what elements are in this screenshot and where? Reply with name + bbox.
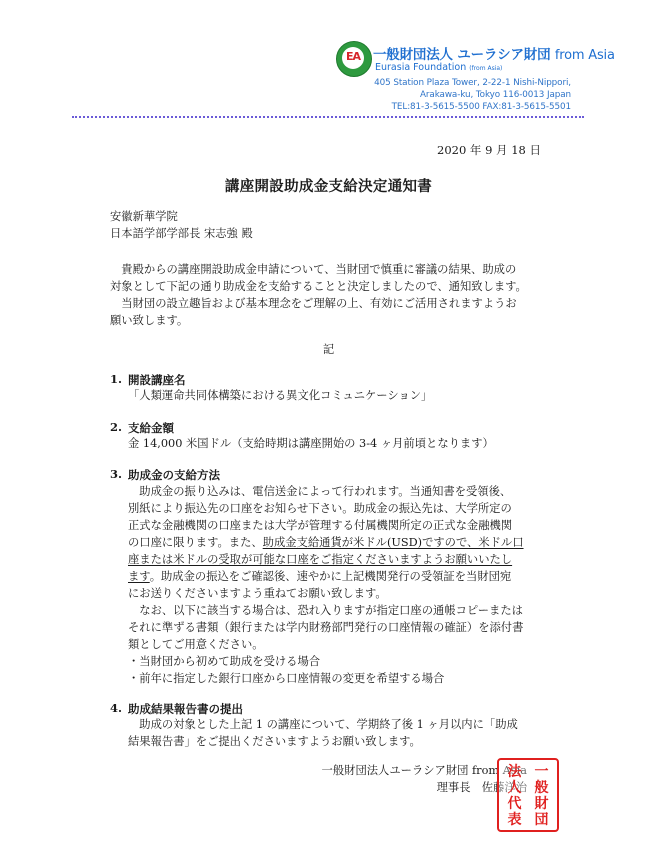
org-name-en-text: Eurasia Foundation: [375, 62, 466, 73]
intro-line: 対象として下記の通り助成金を支給することと決定しましたので、通知致します。: [110, 279, 527, 295]
payment-line: 別紙により振込先の口座をお知らせ下さい。助成金の振込先は、大学所定の: [128, 501, 512, 517]
report-line: 結果報告書」をご提出くださいますようお願い致します。: [128, 734, 421, 750]
intro-line: 当財団の設立趣旨および基本理念をご理解の上、有効にご活用されますようお: [110, 296, 517, 312]
foundation-logo-mark: EA: [342, 50, 364, 63]
payment-line: 正式な金融機関の口座または大学が管理する付属機関所定の正式な金融機関: [128, 518, 512, 534]
org-name-en: Eurasia Foundation (from Asia): [375, 62, 502, 73]
section-number: 3.: [110, 467, 122, 481]
payment-line: 類としてご用意ください。: [128, 637, 264, 653]
payment-text: の口座に限ります。また、: [128, 536, 263, 549]
course-name: 「人類運命共同体構築における異文化コミュニケーション」: [128, 388, 432, 404]
org-name-en-small: (from Asia): [469, 65, 502, 72]
org-name-jp: 一般財団法人 ユーラシア財団 from Asia: [373, 43, 615, 63]
header-divider: [72, 116, 584, 118]
section-heading: 助成金の支給方法: [128, 467, 220, 483]
address-line-2: Arakawa-ku, Tokyo 116-0013 Japan: [420, 90, 571, 100]
seal-chars-left: 法人代表: [508, 764, 522, 828]
section-number: 4.: [110, 701, 122, 715]
section-number: 2.: [110, 420, 122, 434]
intro-line: 貴殿からの講座開設助成金申請について、当財団で慎重に審議の結果、助成の: [110, 262, 516, 278]
payment-line: 助成金の振り込みは、電信送金によって行われます。当通知書を受領後、: [128, 484, 511, 500]
report-line: 助成の対象とした上記 1 の講座について、学期終了後 1 ヶ月以内に「助成: [128, 717, 518, 733]
grant-amount: 金 14,000 米国ドル（支給時期は講座開始の 3-4 ヶ月前頃となります）: [128, 436, 494, 452]
recipient-institution: 安徽新華学院: [110, 209, 178, 225]
ki-marker: 記: [0, 342, 657, 358]
org-name-suffix: from Asia: [555, 48, 615, 63]
payment-line: それに準ずる書類（銀行または学内財務部門発行の口座情報の確証）を添付書: [128, 620, 523, 636]
org-name-jp-text: 一般財団法人 ユーラシア財団: [373, 47, 550, 63]
seal-chars-right: 一般財団: [535, 764, 549, 828]
usd-notice-underlined: 助成金支給通貨が米ドル(USD)ですので、米ドル口: [263, 536, 524, 549]
section-number: 1.: [110, 372, 122, 386]
document-title: 講座開設助成金支給決定通知書: [0, 175, 657, 196]
payment-line: の口座に限ります。また、助成金支給通貨が米ドル(USD)ですので、米ドル口: [128, 535, 524, 551]
section-heading: 開設講座名: [128, 372, 186, 388]
bullet-item: ・前年に指定した銀行口座から口座情報の変更を希望する場合: [128, 671, 444, 687]
usd-notice-underlined: 座または米ドルの受取が可能な口座をご指定くださいますようお願いいたし: [128, 552, 512, 568]
section-heading: 支給金額: [128, 420, 174, 436]
bullet-item: ・当財団から初めて助成を受ける場合: [128, 654, 320, 670]
payment-line: なお、以下に該当する場合は、恐れ入りますが指定口座の通帳コピーまたは: [128, 603, 523, 619]
contact-line: TEL:81-3-5615-5500 FAX:81-3-5615-5501: [392, 102, 571, 112]
address-line-1: 405 Station Plaza Tower, 2-22-1 Nishi-Ni…: [374, 78, 571, 88]
official-seal-icon: 一般財団 法人代表: [497, 758, 559, 832]
section-heading: 助成結果報告書の提出: [128, 701, 243, 717]
seal-text-left: 法人代表: [502, 764, 527, 828]
payment-line: ます。助成金の振込をご確認後、速やかに上記機関発行の受領証を当財団宛: [128, 569, 511, 585]
recipient-person: 日本語学部学部長 宋志強 殿: [110, 226, 253, 242]
payment-line: にお送りくださいますよう重ねてお願い致します。: [128, 586, 387, 602]
seal-text-right: 一般財団: [529, 764, 554, 828]
document-date: 2020 年 9 月 18 日: [437, 142, 541, 158]
intro-line: 願い致します。: [110, 313, 188, 329]
usd-notice-underlined: ます: [128, 570, 150, 583]
payment-text: 。助成金の振込をご確認後、速やかに上記機関発行の受領証を当財団宛: [150, 570, 512, 583]
